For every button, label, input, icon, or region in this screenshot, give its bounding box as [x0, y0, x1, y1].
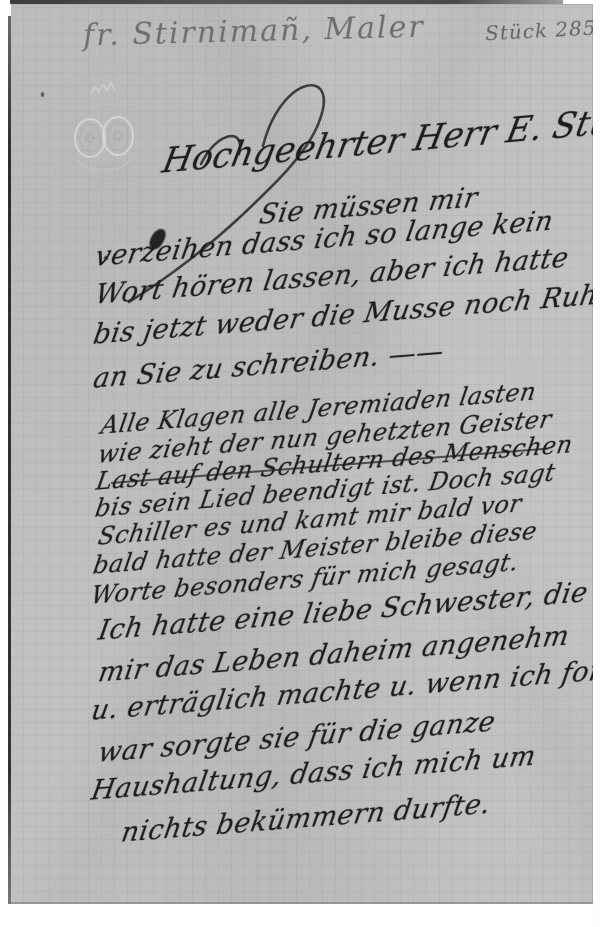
scan-right-margin: [593, 0, 600, 927]
pencil-annotation-name: fr. Stirnimañ, Maler: [83, 10, 426, 54]
letter-scan-page: fr. Stirnimañ, Maler Stück 2859 Hochgeeh…: [0, 0, 600, 927]
ink-speck: [41, 92, 44, 97]
scan-left-edge-line: [8, 16, 11, 904]
pencil-annotation-archive-number: Stück 2859: [484, 15, 593, 46]
embossed-crest-stamp: [61, 80, 147, 180]
letter-paper: fr. Stirnimañ, Maler Stück 2859 Hochgeeh…: [11, 4, 593, 904]
scan-top-edge: [10, 0, 563, 4]
salutation-line: Hochgeehrter Herr E. Stückelberg.: [159, 88, 593, 182]
